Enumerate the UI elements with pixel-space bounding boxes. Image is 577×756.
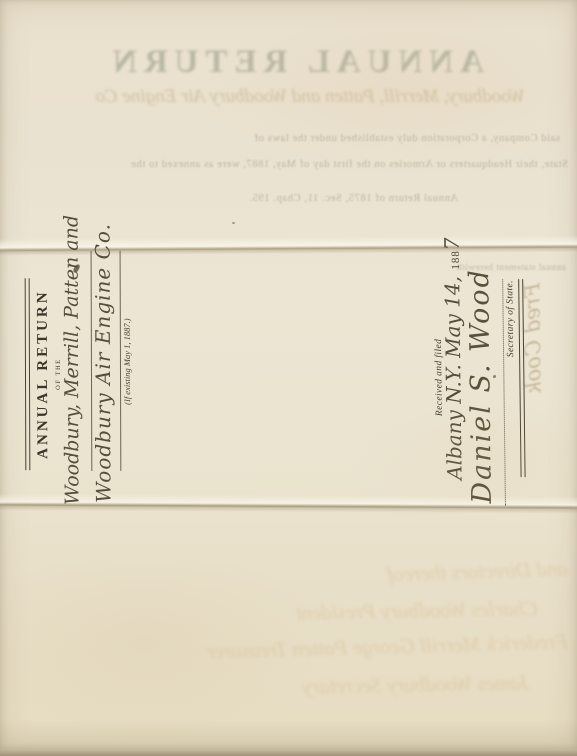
filing-date-script: Albany N.Y. May 14, (440, 270, 467, 481)
ink-speck (232, 222, 235, 224)
secretary-signature: Daniel S. Wood (464, 268, 498, 504)
bleedthrough-handwriting-4: James Woodbury Secretary (140, 671, 530, 703)
bleedthrough-handwriting-3: Frederick Merrill George Patten Treasure… (88, 629, 569, 667)
bleedthrough-handwriting-2: Charles Woodbury President (128, 596, 538, 628)
filing-date-line: Albany N.Y. May 14, 1887 (440, 237, 467, 480)
bleedthrough-script-line: Woodbury, Merrill, Patten and Woodbury A… (55, 86, 525, 108)
filing-endorsement-panel: Received and filed Albany N.Y. May 14, 1… (432, 270, 547, 506)
bleedthrough-handwriting-1: and Directors thereof (238, 556, 569, 593)
docket-title: ANNUAL RETURN (35, 278, 53, 470)
annual-return-docket-panel: ANNUAL RETURN OF THE Woodbury, Merrill, … (25, 247, 144, 505)
scanned-document-page: ANNUAL RETURN Woodbury, Merrill, Patten … (0, 0, 577, 756)
secretary-of-state-label: Secretary of State. (505, 280, 516, 357)
docket-header: ANNUAL RETURN OF THE (25, 278, 63, 470)
bleedthrough-print-line-2: State, their Headquarters or Armories on… (8, 159, 568, 170)
bleedthrough-print-line-1: said Company, a Corporation duly establi… (112, 133, 560, 144)
written-year-digit: 7 (440, 237, 464, 250)
paper-bottom-edge-shadow (0, 743, 577, 756)
bleedthrough-print-line-3: Annual Return of 1875, Sec. 11, Chap. 19… (118, 193, 458, 204)
printed-year-188: 188 (450, 250, 462, 270)
company-name-line-2: Woodbury Air Engine Co. (91, 247, 116, 503)
company-name-line-1: Woodbury, Merrill, Patten and (61, 247, 84, 505)
bleedthrough-signature: Fred Cook (520, 283, 546, 475)
double-rule (25, 278, 31, 470)
bleedthrough-title: ANNUAL RETURN (100, 44, 490, 81)
existing-date-note: (If existing May 1, 1887.) (122, 318, 132, 404)
